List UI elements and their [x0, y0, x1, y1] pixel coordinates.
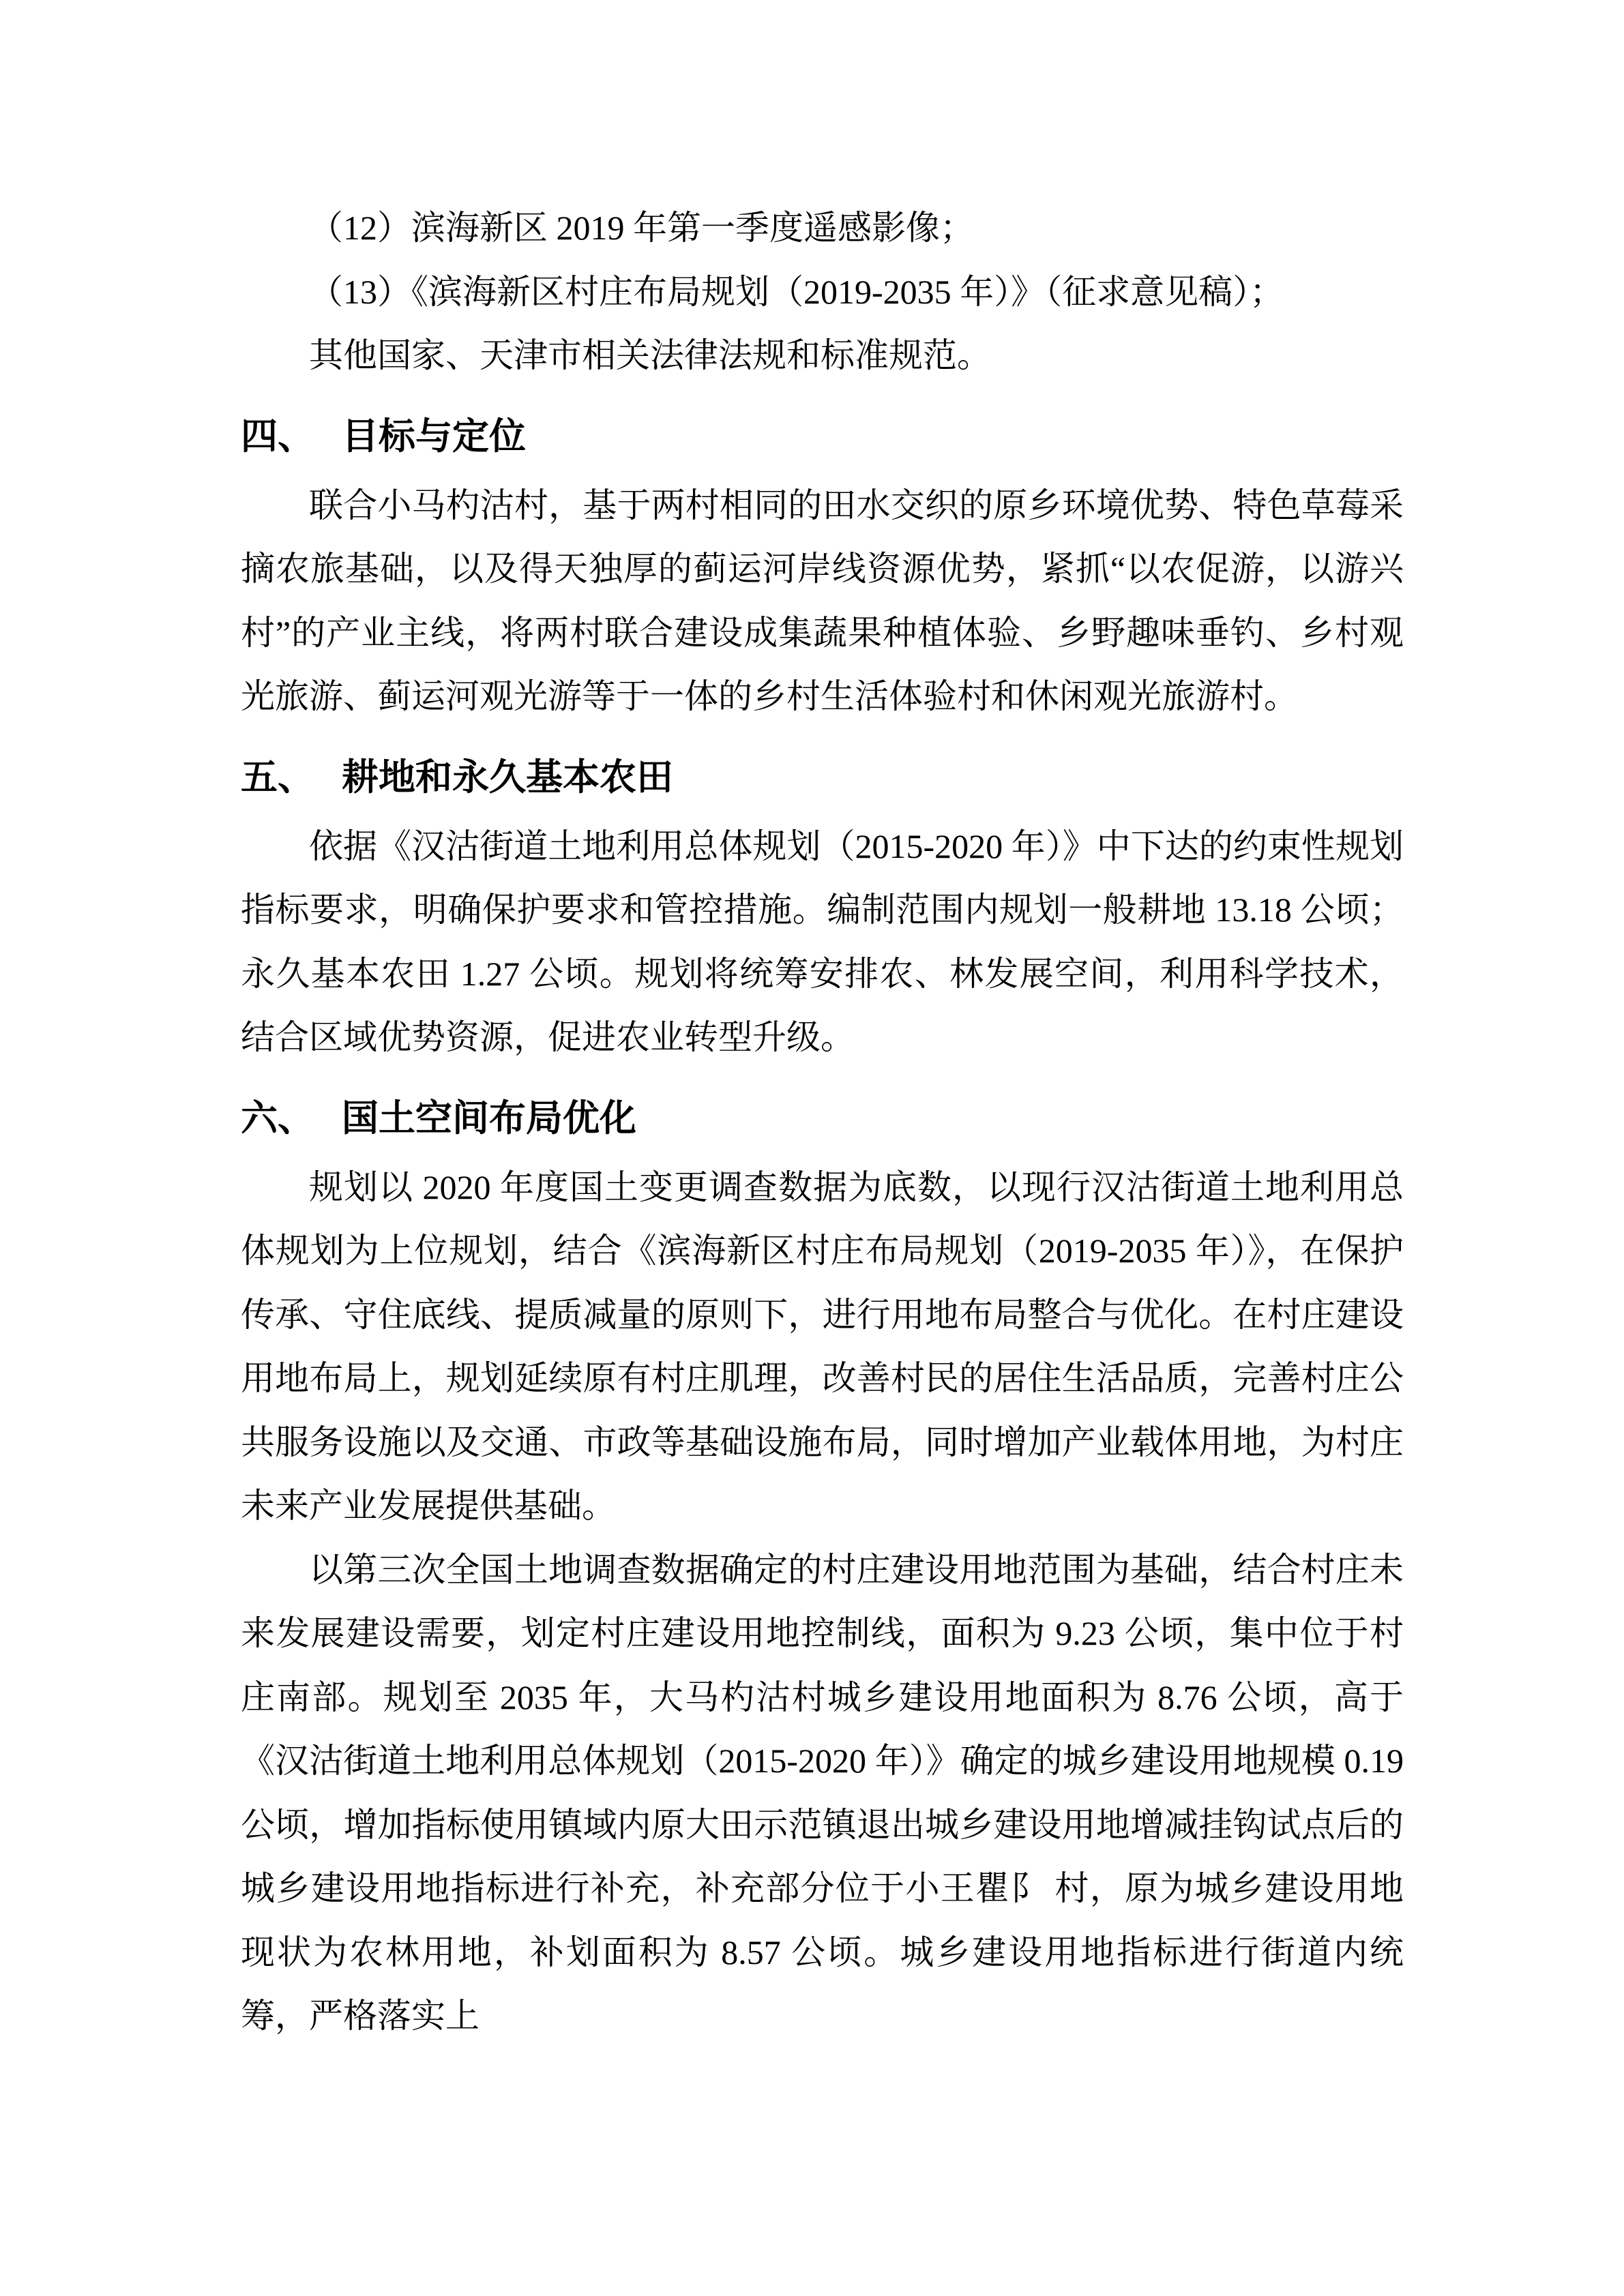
- section-title: 国土空间布局优化: [342, 1098, 636, 1139]
- reference-item-12: （12）滨海新区 2019 年第一季度遥感影像；: [241, 196, 1404, 260]
- section-number: 四、: [241, 416, 314, 457]
- section-spatial-layout: 六、国土空间布局优化 规划以 2020 年度国土变更调查数据为底数，以现行汉沽街…: [241, 1086, 1404, 2048]
- section-6-paragraph-2: 以第三次全国土地调查数据确定的村庄建设用地范围为基础，结合村庄未来发展建设需要，…: [241, 1538, 1404, 2048]
- reference-list: （12）滨海新区 2019 年第一季度遥感影像； （13）《滨海新区村庄布局规划…: [241, 196, 1404, 388]
- reference-item-other: 其他国家、天津市相关法律法规和标准规范。: [241, 324, 1404, 388]
- section-heading-4: 四、目标与定位: [241, 404, 1404, 468]
- section-title: 耕地和永久基本农田: [342, 757, 673, 798]
- section-6-paragraph-1: 规划以 2020 年度国土变更调查数据为底数，以现行汉沽街道土地利用总体规划为上…: [241, 1156, 1404, 1538]
- section-5-paragraph-1: 依据《汉沽街道土地利用总体规划（2015-2020 年）》中下达的约束性规划指标…: [241, 815, 1404, 1070]
- section-title: 目标与定位: [342, 416, 526, 457]
- section-number: 六、: [241, 1098, 314, 1139]
- document-page: （12）滨海新区 2019 年第一季度遥感影像； （13）《滨海新区村庄布局规划…: [0, 0, 1624, 2296]
- section-goals-positioning: 四、目标与定位 联合小马杓沽村，基于两村相同的田水交织的原乡环境优势、特色草莓采…: [241, 404, 1404, 729]
- section-farmland: 五、耕地和永久基本农田 依据《汉沽街道土地利用总体规划（2015-2020 年）…: [241, 745, 1404, 1070]
- section-heading-5: 五、耕地和永久基本农田: [241, 745, 1404, 809]
- section-heading-6: 六、国土空间布局优化: [241, 1086, 1404, 1150]
- section-number: 五、: [241, 757, 314, 798]
- section-4-paragraph-1: 联合小马杓沽村，基于两村相同的田水交织的原乡环境优势、特色草莓采摘农旅基础，以及…: [241, 474, 1404, 729]
- reference-item-13: （13）《滨海新区村庄布局规划（2019-2035 年）》（征求意见稿）；: [241, 260, 1404, 325]
